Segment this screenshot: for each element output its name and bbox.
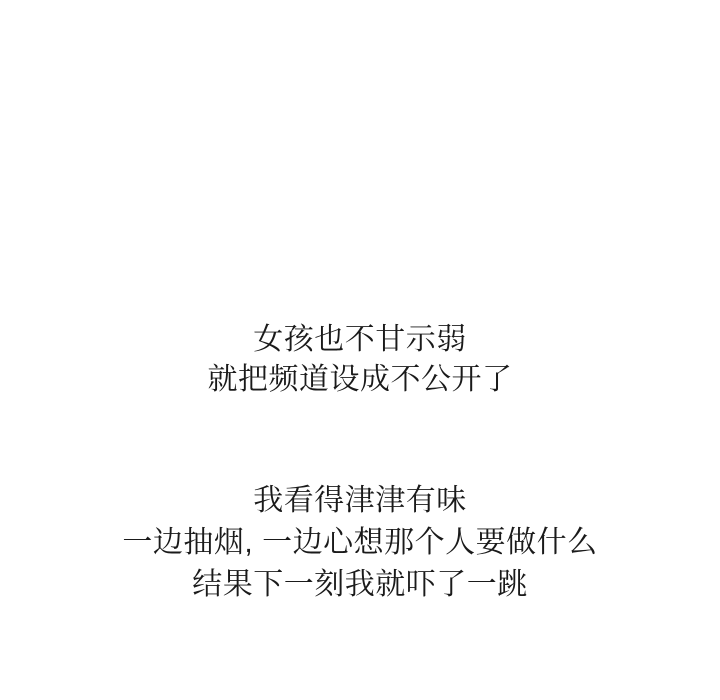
narration-line: 就把频道设成不公开了 [0, 360, 720, 400]
narration-block-2: 我看得津津有味 一边抽烟, 一边心想那个人要做什么 结果下一刻我就吓了一跳 [0, 480, 720, 606]
narration-block-1: 女孩也不甘示弱 就把频道设成不公开了 [0, 320, 720, 400]
narration-line: 结果下一刻我就吓了一跳 [0, 564, 720, 606]
comic-page: 女孩也不甘示弱 就把频道设成不公开了 我看得津津有味 一边抽烟, 一边心想那个人… [0, 0, 720, 700]
narration-line: 我看得津津有味 [0, 480, 720, 522]
narration-line: 女孩也不甘示弱 [0, 320, 720, 360]
narration-line: 一边抽烟, 一边心想那个人要做什么 [0, 522, 720, 564]
